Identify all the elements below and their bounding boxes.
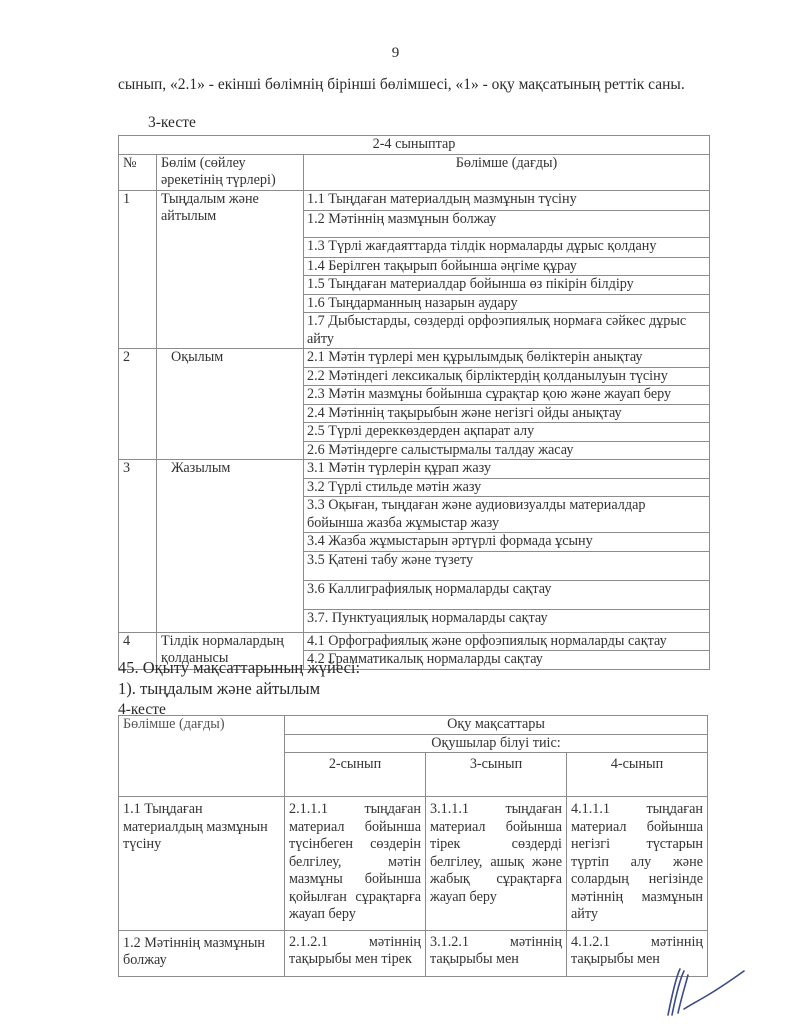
table3-subsection: 3.3 Оқыған, тыңдаған және аудиовизуалды …	[304, 497, 710, 533]
table3-subsection: 2.1 Мәтін түрлері мен құрылымдық бөлікте…	[304, 349, 710, 368]
table3-col-no: №	[119, 154, 157, 190]
table3-row: 1Тыңдалым және айтылым1.1 Тыңдаған матер…	[119, 190, 710, 210]
table4-row: 1.2 Мәтіннің мазмұнын болжау2.1.2.1 мәті…	[119, 930, 708, 976]
section-45: 45. Оқыту мақсаттарының жүйесі: 1). тыңд…	[118, 657, 360, 720]
table3-subsection: 2.6 Мәтіндерге салыстырмалы талдау жасау	[304, 441, 710, 460]
table3-section-name: Оқылым	[157, 349, 304, 460]
table3-subsection: 3.5 Қатені табу және түзету	[304, 551, 710, 580]
table4-grade-3: 3-сынып	[426, 753, 567, 797]
table4-goal-cell: 3.1.1.1 тыңдаған материал бойынша тірек …	[426, 797, 567, 931]
table3-subsection: 3.6 Каллиграфиялық нормаларды сақтау	[304, 580, 710, 609]
table3-subsection: 1.3 Түрлі жағдаяттарда тілдік нормаларды…	[304, 237, 710, 257]
table3-row: 3Жазылым3.1 Мәтін түрлерін құрап жазу	[119, 460, 710, 479]
table3-subsection: 3.7. Пунктуациялық нормаларды сақтау	[304, 609, 710, 632]
table3-section-number: 2	[119, 349, 157, 460]
table3-subsection: 1.6 Тыңдарманның назарын аудару	[304, 294, 710, 313]
table4-goal-cell: 2.1.1.1 тыңдаған материал бойынша түсінб…	[285, 797, 426, 931]
page-number: 9	[0, 45, 791, 62]
table4-grade-4: 4-сынып	[567, 753, 708, 797]
table4-students-header: Оқушылар білуі тиіс:	[285, 734, 708, 753]
table3-row: 2Оқылым2.1 Мәтін түрлері мен құрылымдық …	[119, 349, 710, 368]
table3-subsection: 3.4 Жазба жұмыстарын әртүрлі формада ұсы…	[304, 533, 710, 552]
intro-paragraph: сынып, «2.1» - екінші бөлімнің бірінші б…	[118, 74, 708, 95]
table3-section-name: Жазылым	[157, 460, 304, 633]
table4-goal-cell: 3.1.2.1 мәтіннің тақырыбы мен	[426, 930, 567, 976]
table3-subsection: 3.2 Түрлі стильде мәтін жазу	[304, 478, 710, 497]
table4-subsection: 1.2 Мәтіннің мазмұнын болжау	[119, 930, 285, 976]
table4-col-subsection: Бөлімше (дағды)	[119, 716, 285, 797]
table3-subsection: 2.5 Түрлі дереккөздерден ақпарат алу	[304, 423, 710, 442]
section-45-subheading: 1). тыңдалым және айтылым	[118, 678, 360, 699]
table-3: 2-4 сыныптар № Бөлім (сөйлеу әрекетінің …	[118, 135, 710, 670]
table3-section-number: 1	[119, 190, 157, 349]
table3-subsection: 4.1 Орфографиялық және орфоэпиялық норма…	[304, 632, 710, 651]
table3-subsection: 2.3 Мәтін мазмұны бойынша сұрақтар қою ж…	[304, 386, 710, 405]
table3-subsection: 2.4 Мәтіннің тақырыбын және негізгі ойды…	[304, 404, 710, 423]
table4-row: 1.1 Тыңдаған материалдың мазмұнын түсіну…	[119, 797, 708, 931]
section-45-heading: 45. Оқыту мақсаттарының жүйесі:	[118, 657, 360, 678]
table3-section-number: 3	[119, 460, 157, 633]
table3-subsection: 3.1 Мәтін түрлерін құрап жазу	[304, 460, 710, 479]
table4-goal-cell: 4.1.1.1 тыңдаған материал бойынша негізг…	[567, 797, 708, 931]
table4-grade-2: 2-сынып	[285, 753, 426, 797]
table4-goals-header: Оқу мақсаттары	[285, 716, 708, 735]
table3-subsection: 2.2 Мәтіндегі лексикалық бірліктердің қо…	[304, 367, 710, 386]
table4-goal-cell: 2.1.2.1 мәтіннің тақырыбы мен тірек	[285, 930, 426, 976]
table3-row: 4Тілдік нормалардың қолданысы4.1 Орфогра…	[119, 632, 710, 651]
table-4: Бөлімше (дағды) Оқу мақсаттары Оқушылар …	[118, 715, 708, 977]
table3-subsection: 4.2 Грамматикалық нормаларды сақтау	[304, 651, 710, 670]
table3-subsection: 1.2 Мәтіннің мазмұнын болжау	[304, 210, 710, 237]
table3-subsection: 1.4 Берілген тақырып бойынша әңгіме құра…	[304, 257, 710, 276]
table3-subsection: 1.5 Тыңдаған материалдар бойынша өз пікі…	[304, 276, 710, 295]
table3-section-name: Тыңдалым және айтылым	[157, 190, 304, 349]
table3-subsection: 1.1 Тыңдаған материалдың мазмұнын түсіну	[304, 190, 710, 210]
table3-col-subsection: Бөлімше (дағды)	[304, 154, 710, 190]
table3-caption: 3-кесте	[148, 114, 196, 132]
table3-span-header: 2-4 сыныптар	[119, 136, 710, 155]
signature-mark	[658, 965, 748, 1020]
table3-subsection: 1.7 Дыбыстарды, сөздерді орфоэпиялық нор…	[304, 313, 710, 349]
table4-subsection: 1.1 Тыңдаған материалдың мазмұнын түсіну	[119, 797, 285, 931]
table3-col-section: Бөлім (сөйлеу әрекетінің түрлері)	[157, 154, 304, 190]
